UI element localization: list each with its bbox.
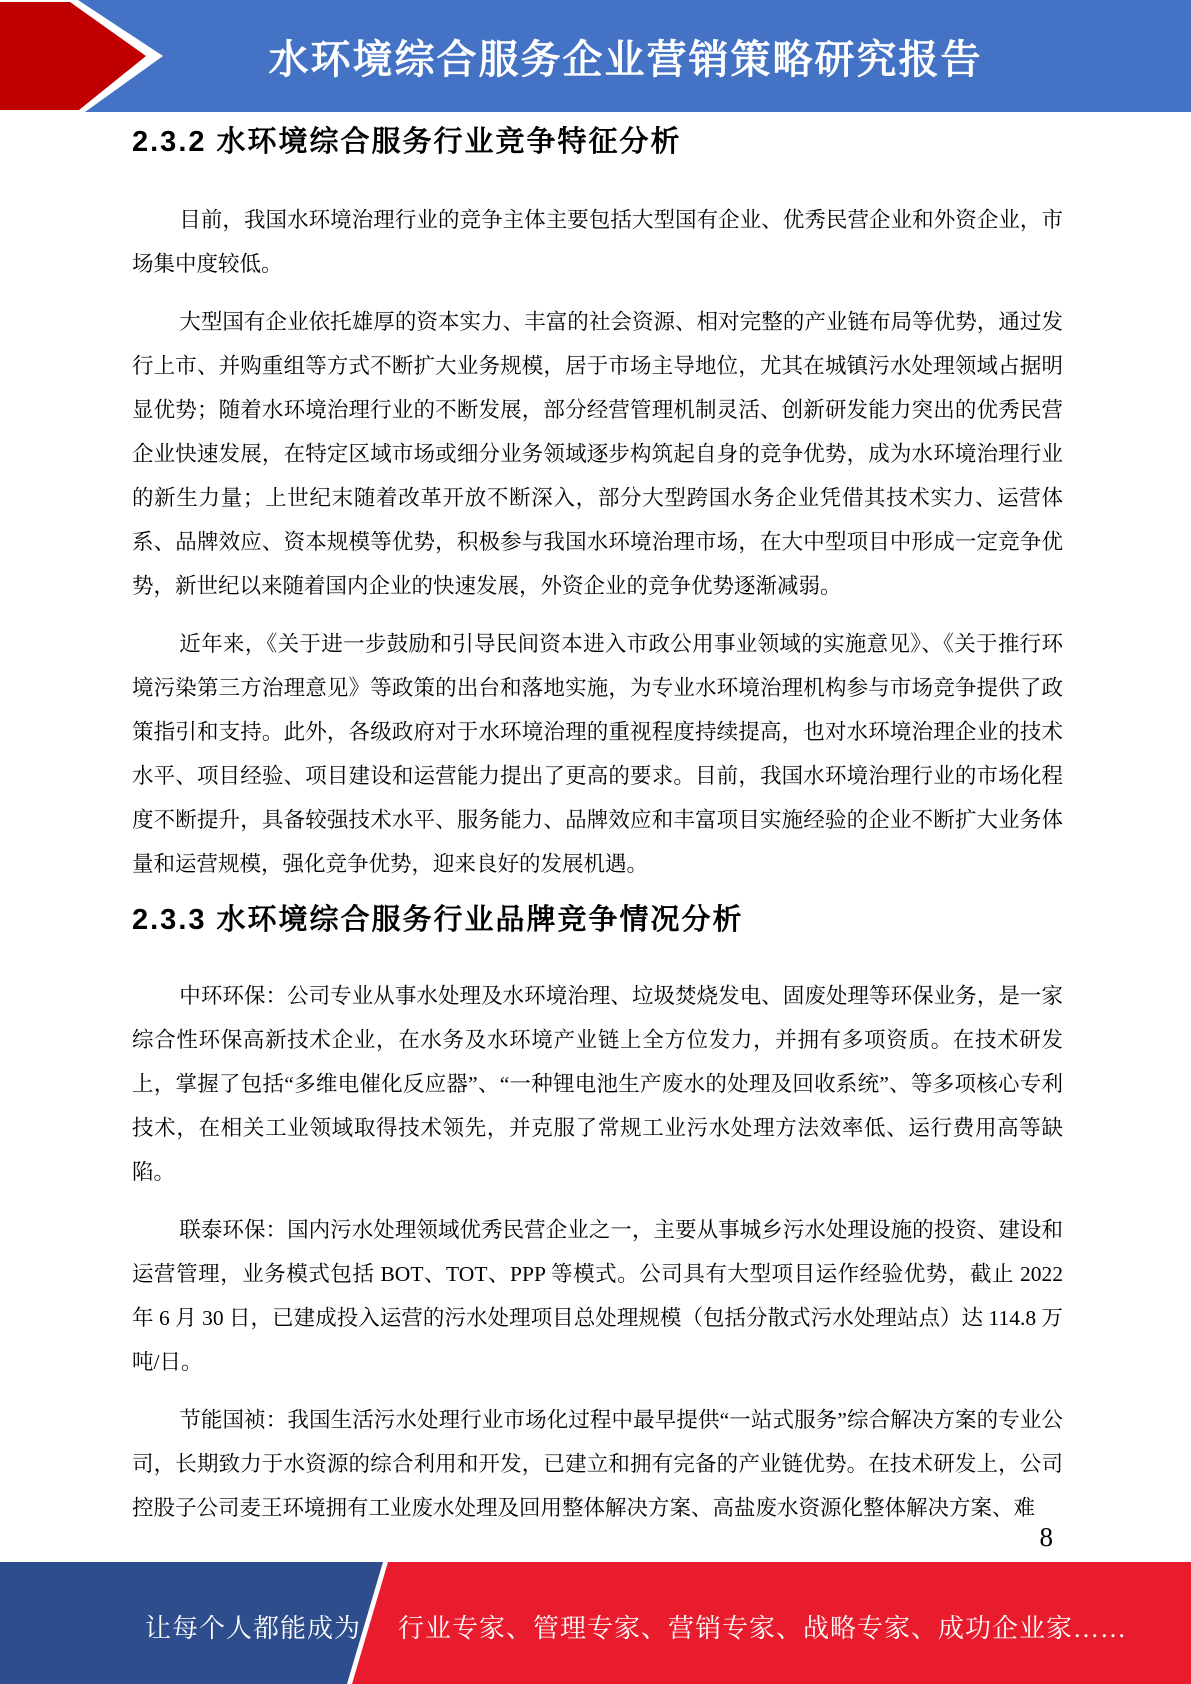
document-body: 2.3.2 水环境综合服务行业竞争特征分析 目前，我国水环境治理行业的竞争主体主… bbox=[132, 122, 1063, 1544]
footer-slogan-left: 让每个人都能成为 bbox=[145, 1608, 361, 1645]
page-header: 水环境综合服务企业营销策略研究报告 bbox=[0, 0, 1191, 112]
section-heading-2-3-3: 2.3.3 水环境综合服务行业品牌竞争情况分析 bbox=[132, 900, 1063, 940]
paragraph: 联泰环保：国内污水处理领域优秀民营企业之一，主要从事城乡污水处理设施的投资、建设… bbox=[132, 1208, 1063, 1384]
paragraph: 大型国有企业依托雄厚的资本实力、丰富的社会资源、相对完整的产业链布局等优势，通过… bbox=[132, 300, 1063, 608]
section-heading-2-3-2: 2.3.2 水环境综合服务行业竞争特征分析 bbox=[132, 122, 1063, 162]
report-page: 水环境综合服务企业营销策略研究报告 2.3.2 水环境综合服务行业竞争特征分析 … bbox=[0, 0, 1191, 1684]
page-number: 8 bbox=[1040, 1522, 1054, 1553]
report-title: 水环境综合服务企业营销策略研究报告 bbox=[0, 0, 1191, 112]
page-footer: 让每个人都能成为 行业专家、管理专家、营销专家、战略专家、成功企业家…… bbox=[0, 1562, 1191, 1684]
footer-slogan-right: 行业专家、管理专家、营销专家、战略专家、成功企业家…… bbox=[398, 1608, 1127, 1645]
paragraph: 近年来，《关于进一步鼓励和引导民间资本进入市政公用事业领域的实施意见》、《关于推… bbox=[132, 622, 1063, 886]
paragraph: 目前，我国水环境治理行业的竞争主体主要包括大型国有企业、优秀民营企业和外资企业，… bbox=[132, 198, 1063, 286]
paragraph: 中环环保：公司专业从事水处理及水环境治理、垃圾焚烧发电、固废处理等环保业务，是一… bbox=[132, 974, 1063, 1194]
paragraph: 节能国祯：我国生活污水处理行业市场化过程中最早提供“一站式服务”综合解决方案的专… bbox=[132, 1398, 1063, 1530]
